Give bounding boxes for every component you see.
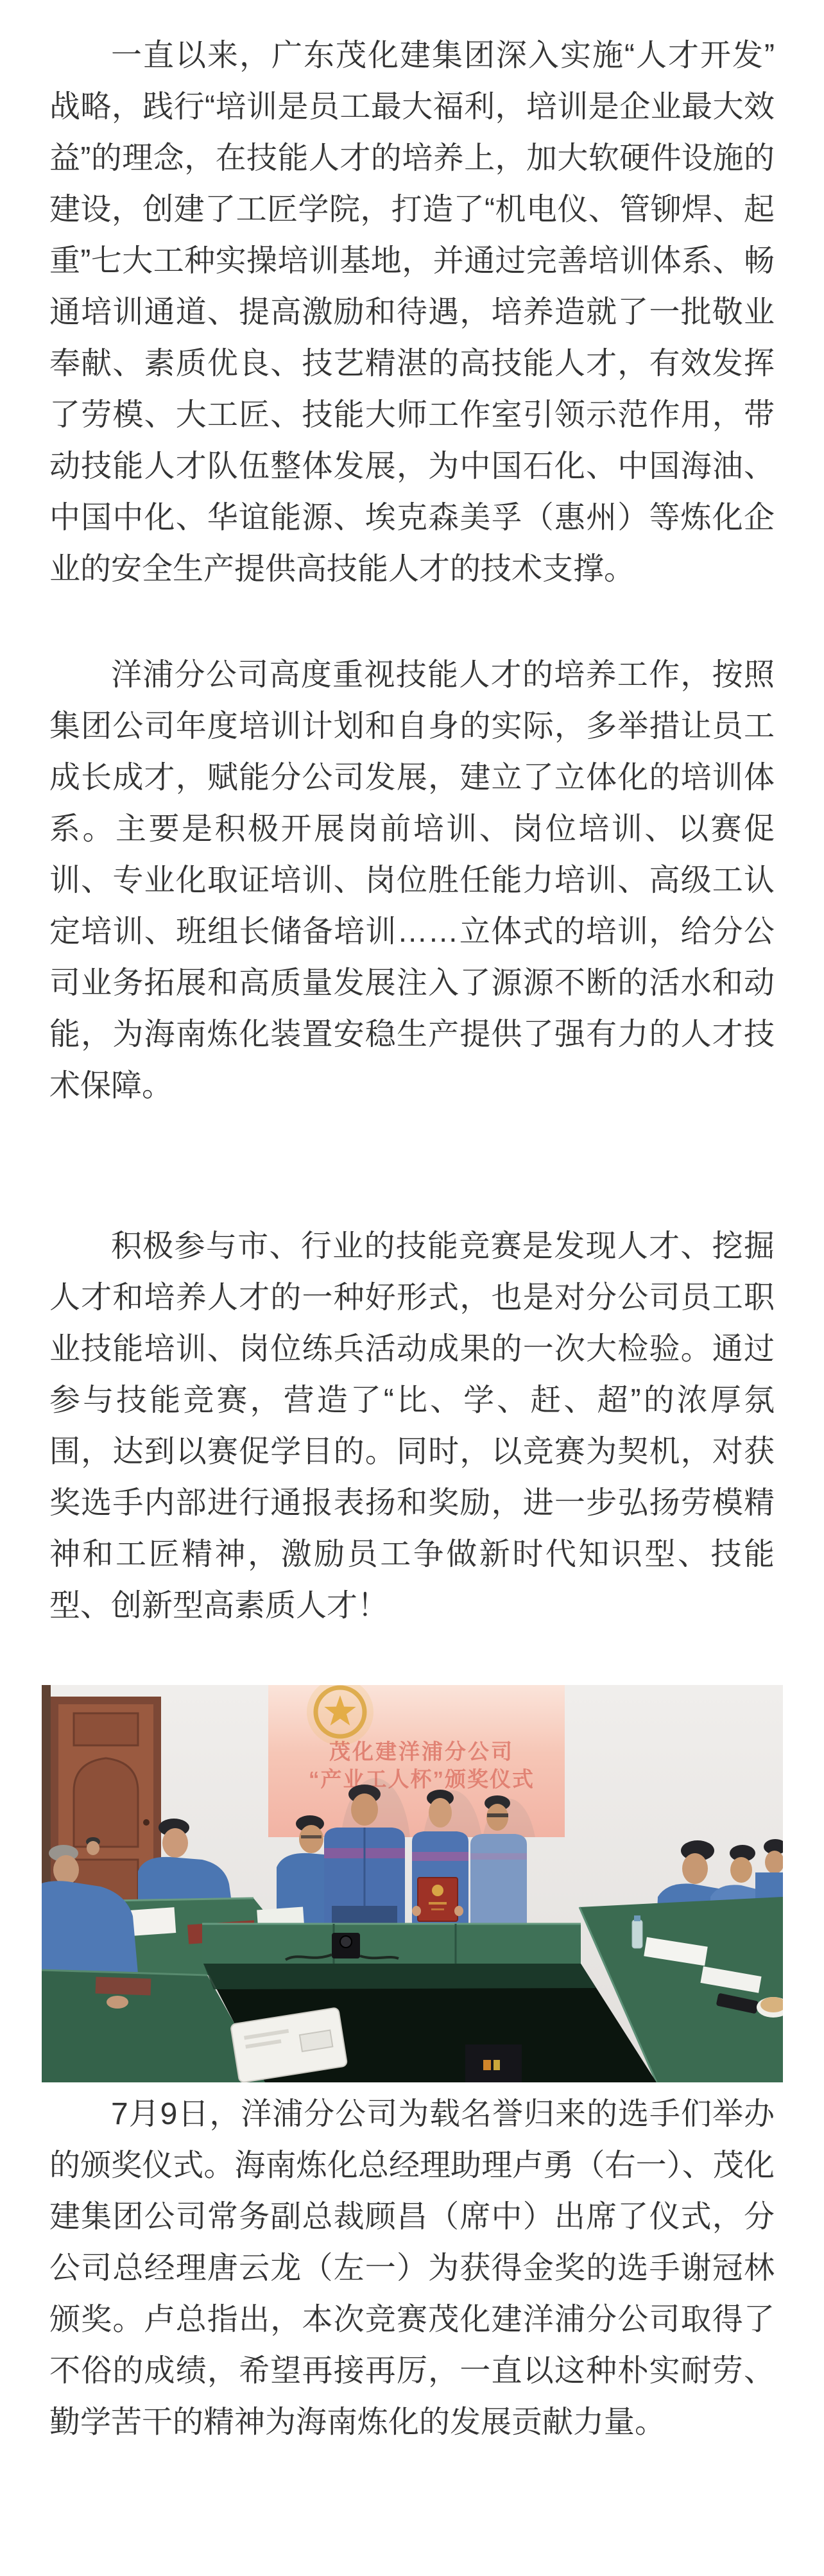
paragraph-2: 洋浦分公司高度重视技能人才的培养工作，按照集团公司年度培训计划和自身的实际，多举…: [49, 650, 775, 1112]
glasses-icon: [301, 1835, 322, 1838]
water-bottle: [632, 1920, 642, 1948]
glasses-icon: [487, 1813, 508, 1817]
photo-caption-paragraph: 7月9日，洋浦分公司为载名誉归来的选手们举办的颁奖仪式。海南炼化总经理助理卢勇（…: [49, 2089, 775, 2448]
ceremony-photo[interactable]: 茂化建洋浦分公司 “产业工人杯”颁奖仪式: [42, 1685, 783, 2082]
ceremony-photo-scene: 茂化建洋浦分公司 “产业工人杯”颁奖仪式: [42, 1685, 783, 2082]
hand: [107, 1996, 128, 2009]
screen-title-line1: 茂化建洋浦分公司: [329, 1740, 514, 1763]
paragraph-3: 积极参与市、行业的技能竞赛是发现人才、挖掘人才和培养人才的一种好形式，也是对分公…: [49, 1221, 775, 1632]
paragraph-1: 一直以来，广东茂化建集团深入实施“人才开发”战略，践行“培训是员工最大福利，培训…: [49, 30, 775, 595]
black-device: [465, 2044, 522, 2082]
award-certificate: [418, 1878, 458, 1921]
screen-title-line2: “产业工人杯”颁奖仪式: [309, 1767, 535, 1791]
door-knob: [143, 1819, 150, 1826]
article-body: 一直以来，广东茂化建集团深入实施“人才开发”战略，践行“培训是员工最大福利，培训…: [0, 0, 824, 2473]
